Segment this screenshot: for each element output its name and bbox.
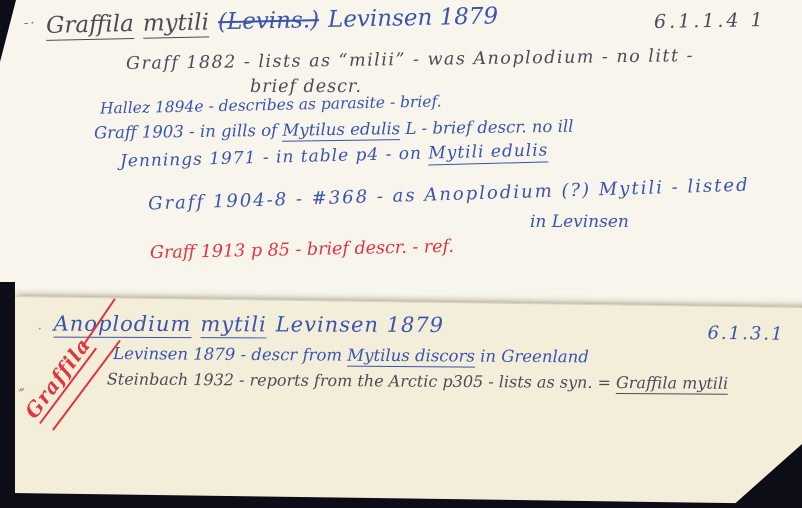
author-year: Levinsen 1879 <box>328 3 499 33</box>
note-graff-1913: Graff 1913 p 85 - brief descr. - ref. <box>150 237 454 263</box>
note-hallez-1894: Hallez 1894e - describes as parasite - b… <box>100 92 442 117</box>
note-steinbach-1932: Steinbach 1932 - reports from the Arctic… <box>107 369 728 392</box>
struck-synonym: (Levins.) <box>218 7 320 35</box>
species-name: mytili <box>143 9 210 38</box>
note-jennings-1971: Jennings 1971 - in table p4 - on Mytili … <box>120 140 549 171</box>
author-year: Levinsen 1879 <box>276 312 444 337</box>
species-name: mytili <box>200 312 266 338</box>
note-graff-1882: Graff 1882 - lists as “milii” - was Anop… <box>126 46 694 74</box>
note-graff-1904: Graff 1904-8 - #368 - as Anoplodium (?) … <box>148 175 750 215</box>
catalog-number: 6.1.3.1 <box>707 323 784 345</box>
species-name: Graffila mytili <box>616 373 728 395</box>
note-text: Levinsen 1879 - descr from <box>113 344 347 365</box>
species-name: Mytili edulis <box>428 140 549 165</box>
scanner-background-edge <box>0 282 15 508</box>
scanned-index-cards: ‐· Graffilamytili(Levins.)Levinsen 1879 … <box>0 0 802 508</box>
index-card-top: ‐· Graffilamytili(Levins.)Levinsen 1879 … <box>0 0 802 318</box>
note-graff-1904-continuation: in Levinsen <box>530 212 629 232</box>
genus-name: Graffila <box>46 11 134 41</box>
stray-mark: · <box>37 321 42 337</box>
catalog-number: 6.1.1.4 1 <box>654 9 766 33</box>
stray-pencil-marks: ‐· <box>24 16 37 31</box>
index-card-bottom: · Anoplodium mytiliLevinsen 1879 6.1.3.1… <box>11 296 802 504</box>
genus-name-wrapper: Anoplodium <box>54 312 192 336</box>
note-text: Steinbach 1932 - reports from the Arctic… <box>107 369 616 392</box>
card-heading: Anoplodium mytiliLevinsen 1879 <box>54 312 454 337</box>
card-heading: Graffilamytili(Levins.)Levinsen 1879 <box>46 3 508 39</box>
species-name: Mytilus discors <box>347 346 475 368</box>
red-annotation-graffila: Graffila <box>20 333 97 424</box>
species-name: Mytilus edulis <box>282 119 400 142</box>
note-graff-1903: Graff 1903 - in gills of Mytilus edulis … <box>94 117 574 143</box>
note-text: L - brief descr. no ill <box>400 117 574 138</box>
note-text: in Greenland <box>475 347 589 367</box>
note-text: Graff 1903 - in gills of <box>94 121 283 143</box>
note-levinsen-1879: Levinsen 1879 - descr from Mytilus disco… <box>113 344 589 366</box>
note-text: Jennings 1971 - in table p4 - on <box>120 144 429 172</box>
